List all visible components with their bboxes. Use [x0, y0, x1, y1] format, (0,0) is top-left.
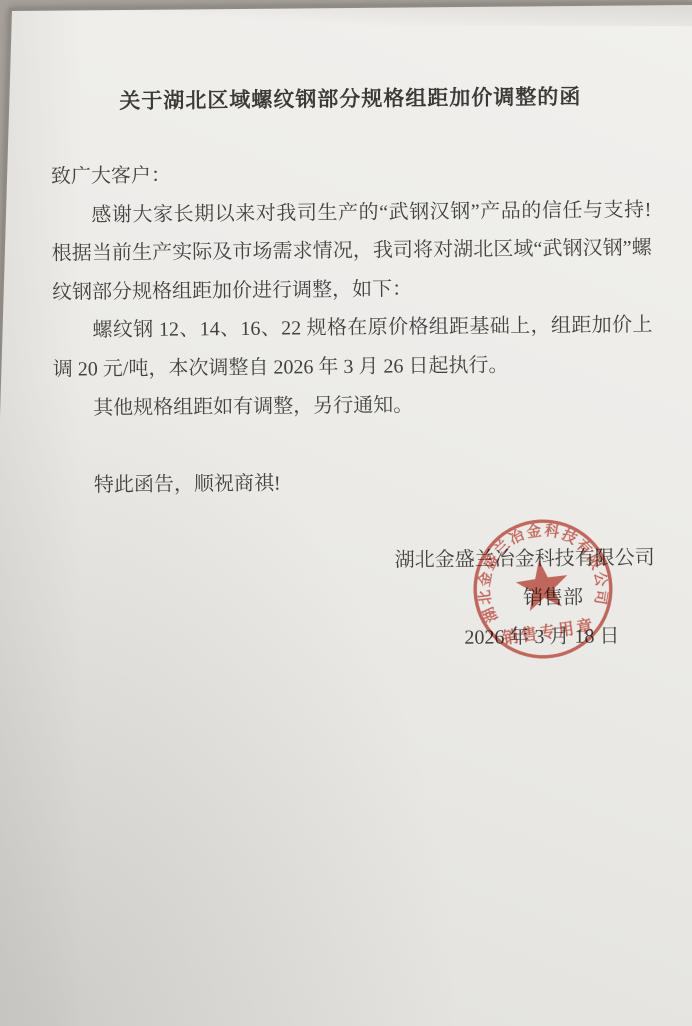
signature-department: 销售部 — [55, 578, 655, 622]
paragraph-other-specs: 其他规格组距如有调整，另行通知。 — [53, 384, 653, 428]
signature-date: 2026 年 3 月 18 日 — [55, 617, 655, 661]
closing-line: 特此函告，顺祝商祺! — [54, 461, 654, 505]
photo-background: 关于湖北区域螺纹钢部分规格组距加价调整的函 致广大客户： 感谢大家长期以来对我司… — [0, 0, 692, 1026]
paragraph-intro: 感谢大家长期以来对我司生产的“武钢汉钢”产品的信任与支持!根据当前生产实际及市场… — [51, 191, 652, 313]
letter-title: 关于湖北区域螺纹钢部分规格组距加价调整的函 — [50, 78, 650, 122]
signature-block: 湖北金盛兰冶金科技有限公司 销售部 2026 年 3 月 18 日 — [55, 539, 656, 661]
signature-company: 湖北金盛兰冶金科技有限公司 — [55, 539, 655, 583]
salutation: 致广大客户： — [51, 152, 651, 196]
letter-paper: 关于湖北区域螺纹钢部分规格组距加价调整的函 致广大客户： 感谢大家长期以来对我司… — [0, 0, 692, 1026]
letter-content: 关于湖北区域螺纹钢部分规格组距加价调整的函 致广大客户： 感谢大家长期以来对我司… — [50, 70, 656, 661]
paragraph-adjustment: 螺纹钢 12、14、16、22 规格在原价格组距基础上，组距加价上调 20 元/… — [52, 306, 653, 389]
